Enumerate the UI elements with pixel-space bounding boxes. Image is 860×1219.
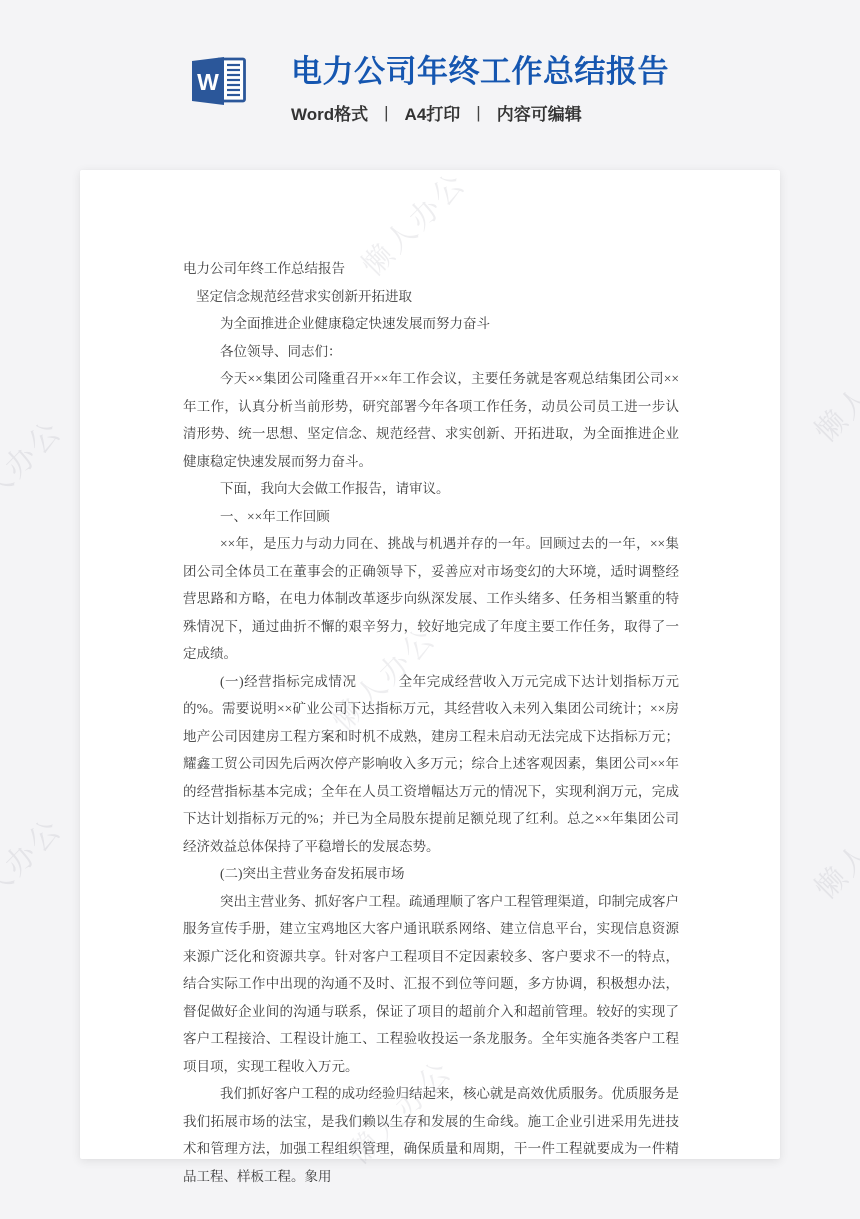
paragraph: ××年，是压力与动力同在、挑战与机遇并存的一年。回顾过去的一年，××集团公司全体…	[183, 530, 679, 668]
paragraph: 电力公司年终工作总结报告	[183, 255, 679, 283]
badge-word-format: Word格式	[291, 100, 368, 125]
document-page: 电力公司年终工作总结报告坚定信念规范经营求实创新开拓进取为全面推进企业健康稳定快…	[80, 170, 780, 1159]
word-icon-letter: W	[197, 69, 219, 95]
paragraph: 坚定信念规范经营求实创新开拓进取	[183, 283, 679, 311]
watermark: 懒人办公	[803, 326, 860, 450]
watermark: 懒人办公	[0, 806, 70, 930]
paragraph: 为全面推进企业健康稳定快速发展而努力奋斗	[183, 310, 679, 338]
format-badges: Word格式 | A4打印 | 内容可编辑	[291, 100, 669, 125]
document-body: 电力公司年终工作总结报告坚定信念规范经营求实创新开拓进取为全面推进企业健康稳定快…	[80, 170, 780, 1190]
paragraph: 下面，我向大会做工作报告，请审议。	[183, 475, 679, 503]
paragraph: 一、××年工作回顾	[183, 503, 679, 531]
watermark: 懒人办公	[0, 408, 70, 532]
badge-separator: |	[476, 103, 480, 123]
paragraph: 突出主营业务、抓好客户工程。疏通理顺了客户工程管理渠道，印制完成客户服务宣传手册…	[183, 888, 679, 1081]
paragraph: (一)经营指标完成情况 全年完成经营收入万元完成下达计划指标万元的%。需要说明×…	[183, 668, 679, 861]
paragraph: 今天××集团公司隆重召开××年工作会议，主要任务就是客观总结集团公司××年工作，…	[183, 365, 679, 475]
paragraph: 我们抓好客户工程的成功经验归结起来，核心就是高效优质服务。优质服务是我们拓展市场…	[183, 1080, 679, 1190]
badge-a4-print: A4打印	[405, 100, 461, 125]
template-preview-page: { "header": { "title": "电力公司年终工作总结报告", "…	[0, 0, 860, 1219]
template-header: W 电力公司年终工作总结报告 Word格式 | A4打印 | 内容可编辑	[0, 0, 860, 125]
page-title: 电力公司年终工作总结报告	[291, 54, 669, 90]
watermark: 懒人办公	[803, 783, 860, 907]
paragraph: 各位领导、同志们：	[183, 338, 679, 366]
word-icon: W	[191, 54, 247, 113]
badge-separator: |	[384, 103, 388, 123]
badge-editable: 内容可编辑	[497, 100, 582, 125]
paragraph: (二)突出主营业务奋发拓展市场	[183, 860, 679, 888]
